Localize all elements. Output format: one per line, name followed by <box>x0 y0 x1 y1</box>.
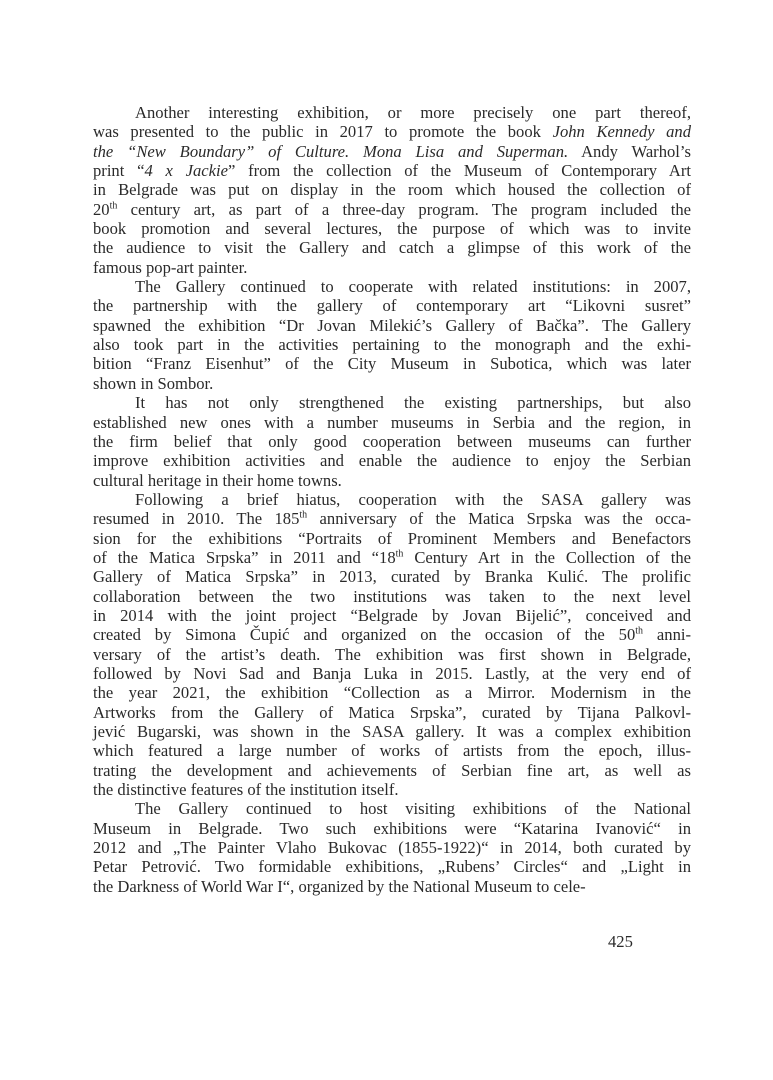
text-line: spawned the exhibition “Dr Jovan Milekić… <box>93 316 691 335</box>
text-line: was presented to the public in 2017 to p… <box>93 122 691 141</box>
text-line: the Darkness of World War I“, organized … <box>93 877 691 896</box>
text-line: 20th century art, as part of a three-day… <box>93 200 691 219</box>
text-line: the firm belief that only good cooperati… <box>93 432 691 451</box>
text-line: Petar Petrović. Two formidable exhibitio… <box>93 857 691 876</box>
text-line: Artworks from the Gallery of Matica Srps… <box>93 703 691 722</box>
text-line: jević Bugarski, was shown in the SASA ga… <box>93 722 691 741</box>
text-line: The Gallery continued to cooperate with … <box>93 277 691 296</box>
page-number: 425 <box>608 932 633 952</box>
text-line: the “New Boundary” of Culture. Mona Lisa… <box>93 142 691 161</box>
text-line: trating the development and achievements… <box>93 761 691 780</box>
text-line: the year 2021, the exhibition “Collectio… <box>93 683 691 702</box>
text-line: Following a brief hiatus, cooperation wi… <box>93 490 691 509</box>
paragraph: Another interesting exhibition, or more … <box>93 103 691 277</box>
text-line: created by Simona Čupić and organized on… <box>93 625 691 644</box>
text-line: sion for the exhibitions “Portraits of P… <box>93 529 691 548</box>
text-line: established new ones with a number museu… <box>93 413 691 432</box>
text-line: in 2014 with the joint project “Belgrade… <box>93 606 691 625</box>
text-line: bition “Franz Eisenhut” of the City Muse… <box>93 354 691 373</box>
document-page: Another interesting exhibition, or more … <box>0 0 773 1080</box>
text-line: which featured a large number of works o… <box>93 741 691 760</box>
text-line: Another interesting exhibition, or more … <box>93 103 691 122</box>
text-line: Gallery of Matica Srpska” in 2013, curat… <box>93 567 691 586</box>
text-line: shown in Sombor. <box>93 374 691 393</box>
text-line: also took part in the activities pertain… <box>93 335 691 354</box>
text-line: in Belgrade was put on display in the ro… <box>93 180 691 199</box>
paragraph: The Gallery continued to host visiting e… <box>93 799 691 896</box>
text-line: book promotion and several lectures, the… <box>93 219 691 238</box>
text-line: versary of the artist’s death. The exhib… <box>93 645 691 664</box>
text-line: cultural heritage in their home towns. <box>93 471 691 490</box>
paragraph: It has not only strengthened the existin… <box>93 393 691 490</box>
paragraph: Following a brief hiatus, cooperation wi… <box>93 490 691 800</box>
body-text: Another interesting exhibition, or more … <box>93 103 691 896</box>
text-line: followed by Novi Sad and Banja Luka in 2… <box>93 664 691 683</box>
text-line: of the Matica Srpska” in 2011 and “18th … <box>93 548 691 567</box>
text-line: It has not only strengthened the existin… <box>93 393 691 412</box>
text-line: collaboration between the two institutio… <box>93 587 691 606</box>
text-line: improve exhibition activities and enable… <box>93 451 691 470</box>
text-line: 2012 and „The Painter Vlaho Bukovac (185… <box>93 838 691 857</box>
text-line: famous pop-art painter. <box>93 258 691 277</box>
text-line: the audience to visit the Gallery and ca… <box>93 238 691 257</box>
text-line: The Gallery continued to host visiting e… <box>93 799 691 818</box>
text-line: resumed in 2010. The 185th anniversary o… <box>93 509 691 528</box>
paragraph: The Gallery continued to cooperate with … <box>93 277 691 393</box>
text-line: the partnership with the gallery of cont… <box>93 296 691 315</box>
text-line: print “4 x Jackie” from the collection o… <box>93 161 691 180</box>
text-line: the distinctive features of the institut… <box>93 780 691 799</box>
text-line: Museum in Belgrade. Two such exhibitions… <box>93 819 691 838</box>
